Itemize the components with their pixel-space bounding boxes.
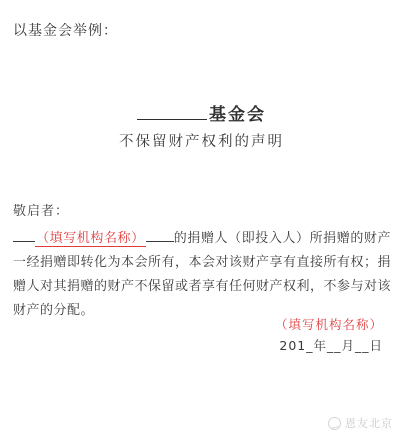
signature-block: （填写机构名称） 201_年__月__日	[275, 315, 383, 354]
signature-org-hint: （填写机构名称）	[275, 315, 383, 333]
document-page: 以基金会举例： 基金会 不保留财产权利的声明 敬启者： （填写机构名称）的捐赠人…	[0, 0, 403, 439]
org-name-fill-hint: （填写机构名称）	[35, 231, 146, 247]
body-paragraph: （填写机构名称）的捐赠人（即投入人）所捐赠的财产一经捐赠即转化为本会所有，本会对…	[13, 227, 391, 323]
document-subtitle: 不保留财产权利的声明	[0, 130, 403, 151]
intro-line: 以基金会举例：	[13, 20, 118, 40]
document-title: 基金会	[0, 100, 403, 125]
watermark-text: 恩友北京	[345, 415, 393, 431]
fill-blank-leading	[13, 230, 35, 242]
salutation: 敬启者：	[13, 200, 69, 219]
title-org-suffix: 基金会	[209, 105, 266, 125]
watermark: 恩友北京	[328, 415, 393, 431]
signature-date-line: 201_年__月__日	[275, 336, 383, 354]
watermark-logo-icon	[328, 417, 341, 430]
fill-blank-trailing	[146, 230, 174, 242]
title-fill-blank	[137, 103, 207, 120]
